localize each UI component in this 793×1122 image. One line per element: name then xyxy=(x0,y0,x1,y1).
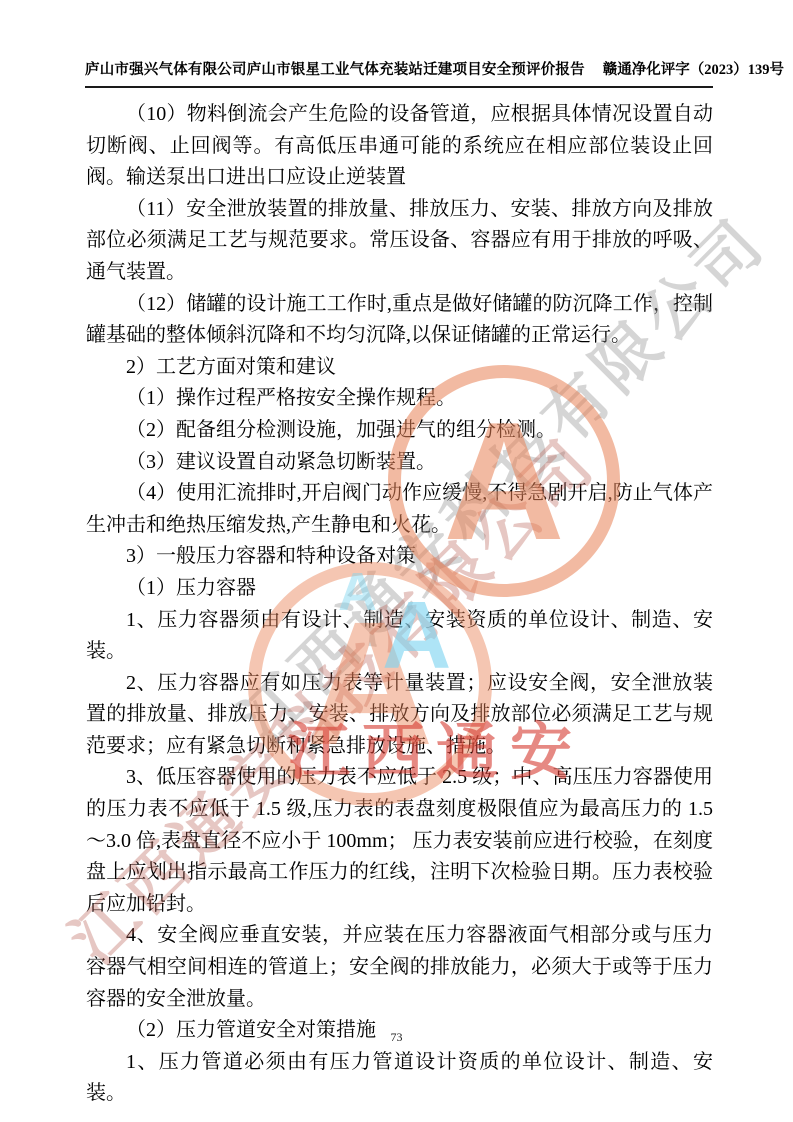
header-report-title: 庐山市强兴气体有限公司庐山市银星工业气体充装站迁建项目安全预评价报告 xyxy=(85,58,585,79)
paragraph: 3）一般压力容器和特种设备对策 xyxy=(86,541,713,573)
paragraph: （10）物料倒流会产生危险的设备管道，应根据具体情况设置自动切断阀、止回阀等。有… xyxy=(86,99,713,194)
body-paragraphs: （10）物料倒流会产生危险的设备管道，应根据具体情况设置自动切断阀、止回阀等。有… xyxy=(86,99,713,1110)
paragraph: 1、压力管道必须由有压力管道设计资质的单位设计、制造、安装。 xyxy=(86,1047,713,1110)
paragraph: 4、安全阀应垂直安装，并应装在压力容器液面气相部分或与压力容器气相空间相连的管道… xyxy=(86,920,713,1015)
paragraph: 3、低压容器使用的压力表不应低于 2.5 级；中、高压压力容器使用的压力表不应低… xyxy=(86,762,713,920)
header-doc-number: 赣通净化评字（2023）139号 xyxy=(603,58,784,79)
page-number: 73 xyxy=(391,1030,403,1044)
paragraph: （1）压力容器 xyxy=(86,573,713,605)
page-header: 庐山市强兴气体有限公司庐山市银星工业气体充装站迁建项目安全预评价报告 赣通净化评… xyxy=(85,58,713,88)
paragraph: （3）建议设置自动紧急切断装置。 xyxy=(86,447,713,479)
paragraph: （1）操作过程严格按安全操作规程。 xyxy=(86,383,713,415)
paragraph: 1、压力容器须由有设计、制造、安装资质的单位设计、制造、安装。 xyxy=(86,605,713,668)
page-footer: 73 xyxy=(0,1030,793,1045)
paragraph: （4）使用汇流排时,开启阀门动作应缓慢,不得急剧开启,防止气体产生冲击和绝热压缩… xyxy=(86,478,713,541)
paragraph: （11）安全泄放装置的排放量、排放压力、安装、排放方向及排放部位必须满足工艺与规… xyxy=(86,194,713,289)
paragraph: 2）工艺方面对策和建议 xyxy=(86,352,713,384)
document-page: 庐山市强兴气体有限公司庐山市银星工业气体充装站迁建项目安全预评价报告 赣通净化评… xyxy=(0,0,793,1122)
paragraph: （2）配备组分检测设施，加强进气的组分检测。 xyxy=(86,415,713,447)
paragraph: （12）储罐的设计施工工作时,重点是做好储罐的防沉降工作，控制罐基础的整体倾斜沉… xyxy=(86,289,713,352)
paragraph: 2、压力容器应有如压力表等计量装置；应设安全阀，安全泄放装置的排放量、排放压力、… xyxy=(86,668,713,763)
